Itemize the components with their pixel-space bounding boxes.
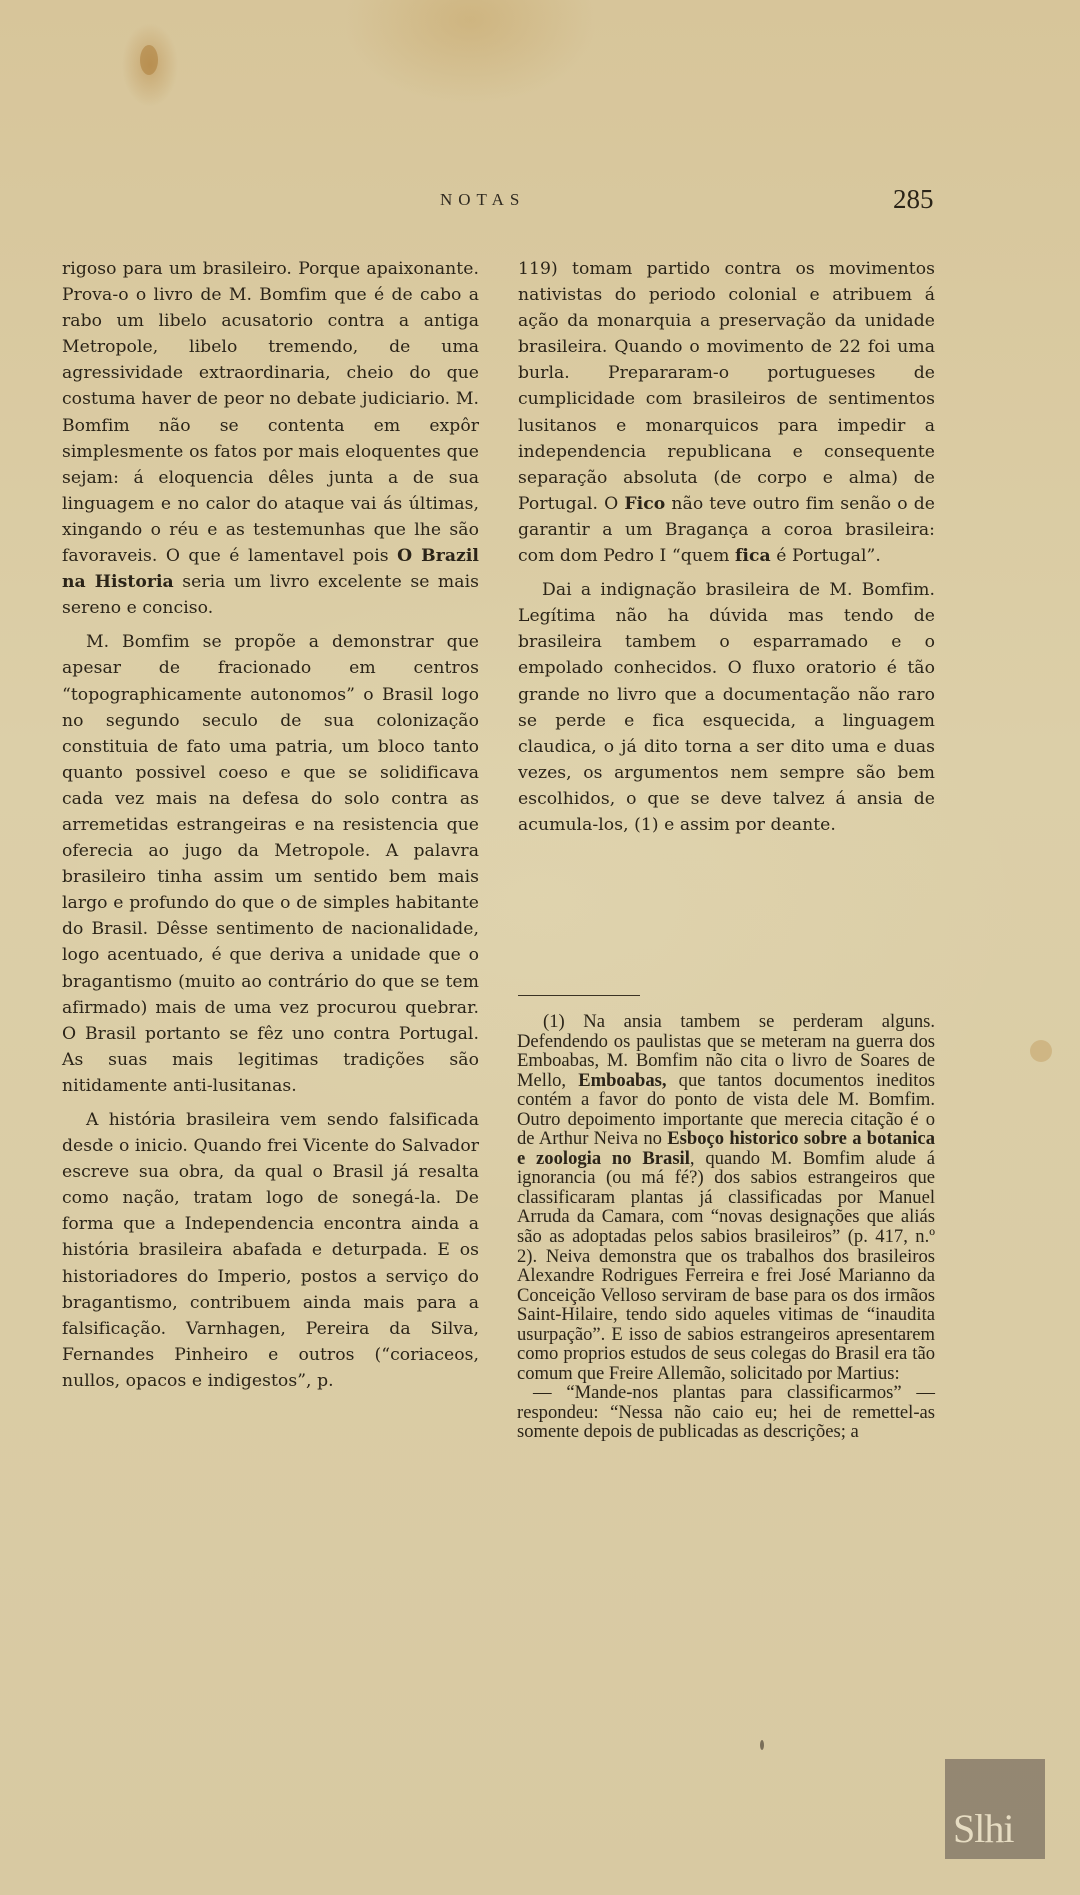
paper-stain [140,45,158,75]
footnote-divider [518,995,640,996]
running-title: NOTAS [440,190,525,210]
paragraph: Dai a indignação brasileira de M. Bomfim… [518,577,935,838]
footnote-quote: — “Mande-nos plantas para classificarmos… [517,1383,935,1442]
book-title-emboabas: Emboabas, [578,1070,666,1091]
paragraph-text: é Portugal”. [771,546,881,566]
paragraph: M. Bomfim se propõe a demonstrar que ape… [62,629,479,1099]
paragraph: 119) tomam partido contra os movimentos … [518,256,935,569]
footnote: (1) Na ansia tambem se perderam alguns. … [517,1012,935,1442]
watermark-label: Slhi [953,1805,1013,1852]
footnote-text: (1) Na ansia tambem se perderam alguns. … [517,1012,935,1383]
paragraph-text: 119) tomam partido contra os movimentos … [518,259,935,514]
left-column: rigoso para um brasileiro. Porque apaixo… [62,256,479,1394]
paragraph: rigoso para um brasileiro. Porque apaixo… [62,256,479,621]
footnote-segment: , quando M. Bomfim alude á ignorancia (o… [517,1148,935,1384]
paragraph-text: rigoso para um brasileiro. Porque apaixo… [62,259,479,566]
right-column: 119) tomam partido contra os movimentos … [518,256,935,838]
emphasis-fica: fica [735,546,771,566]
paper-stain [1030,1040,1052,1062]
library-watermark-logo: Slhi [945,1759,1045,1859]
paper-stain [760,1740,764,1750]
paragraph: A história brasileira vem sendo falsific… [62,1107,479,1394]
page-header: NOTAS 285 [0,186,1080,216]
page-number: 285 [893,184,934,215]
emphasis-fico: Fico [624,494,665,514]
